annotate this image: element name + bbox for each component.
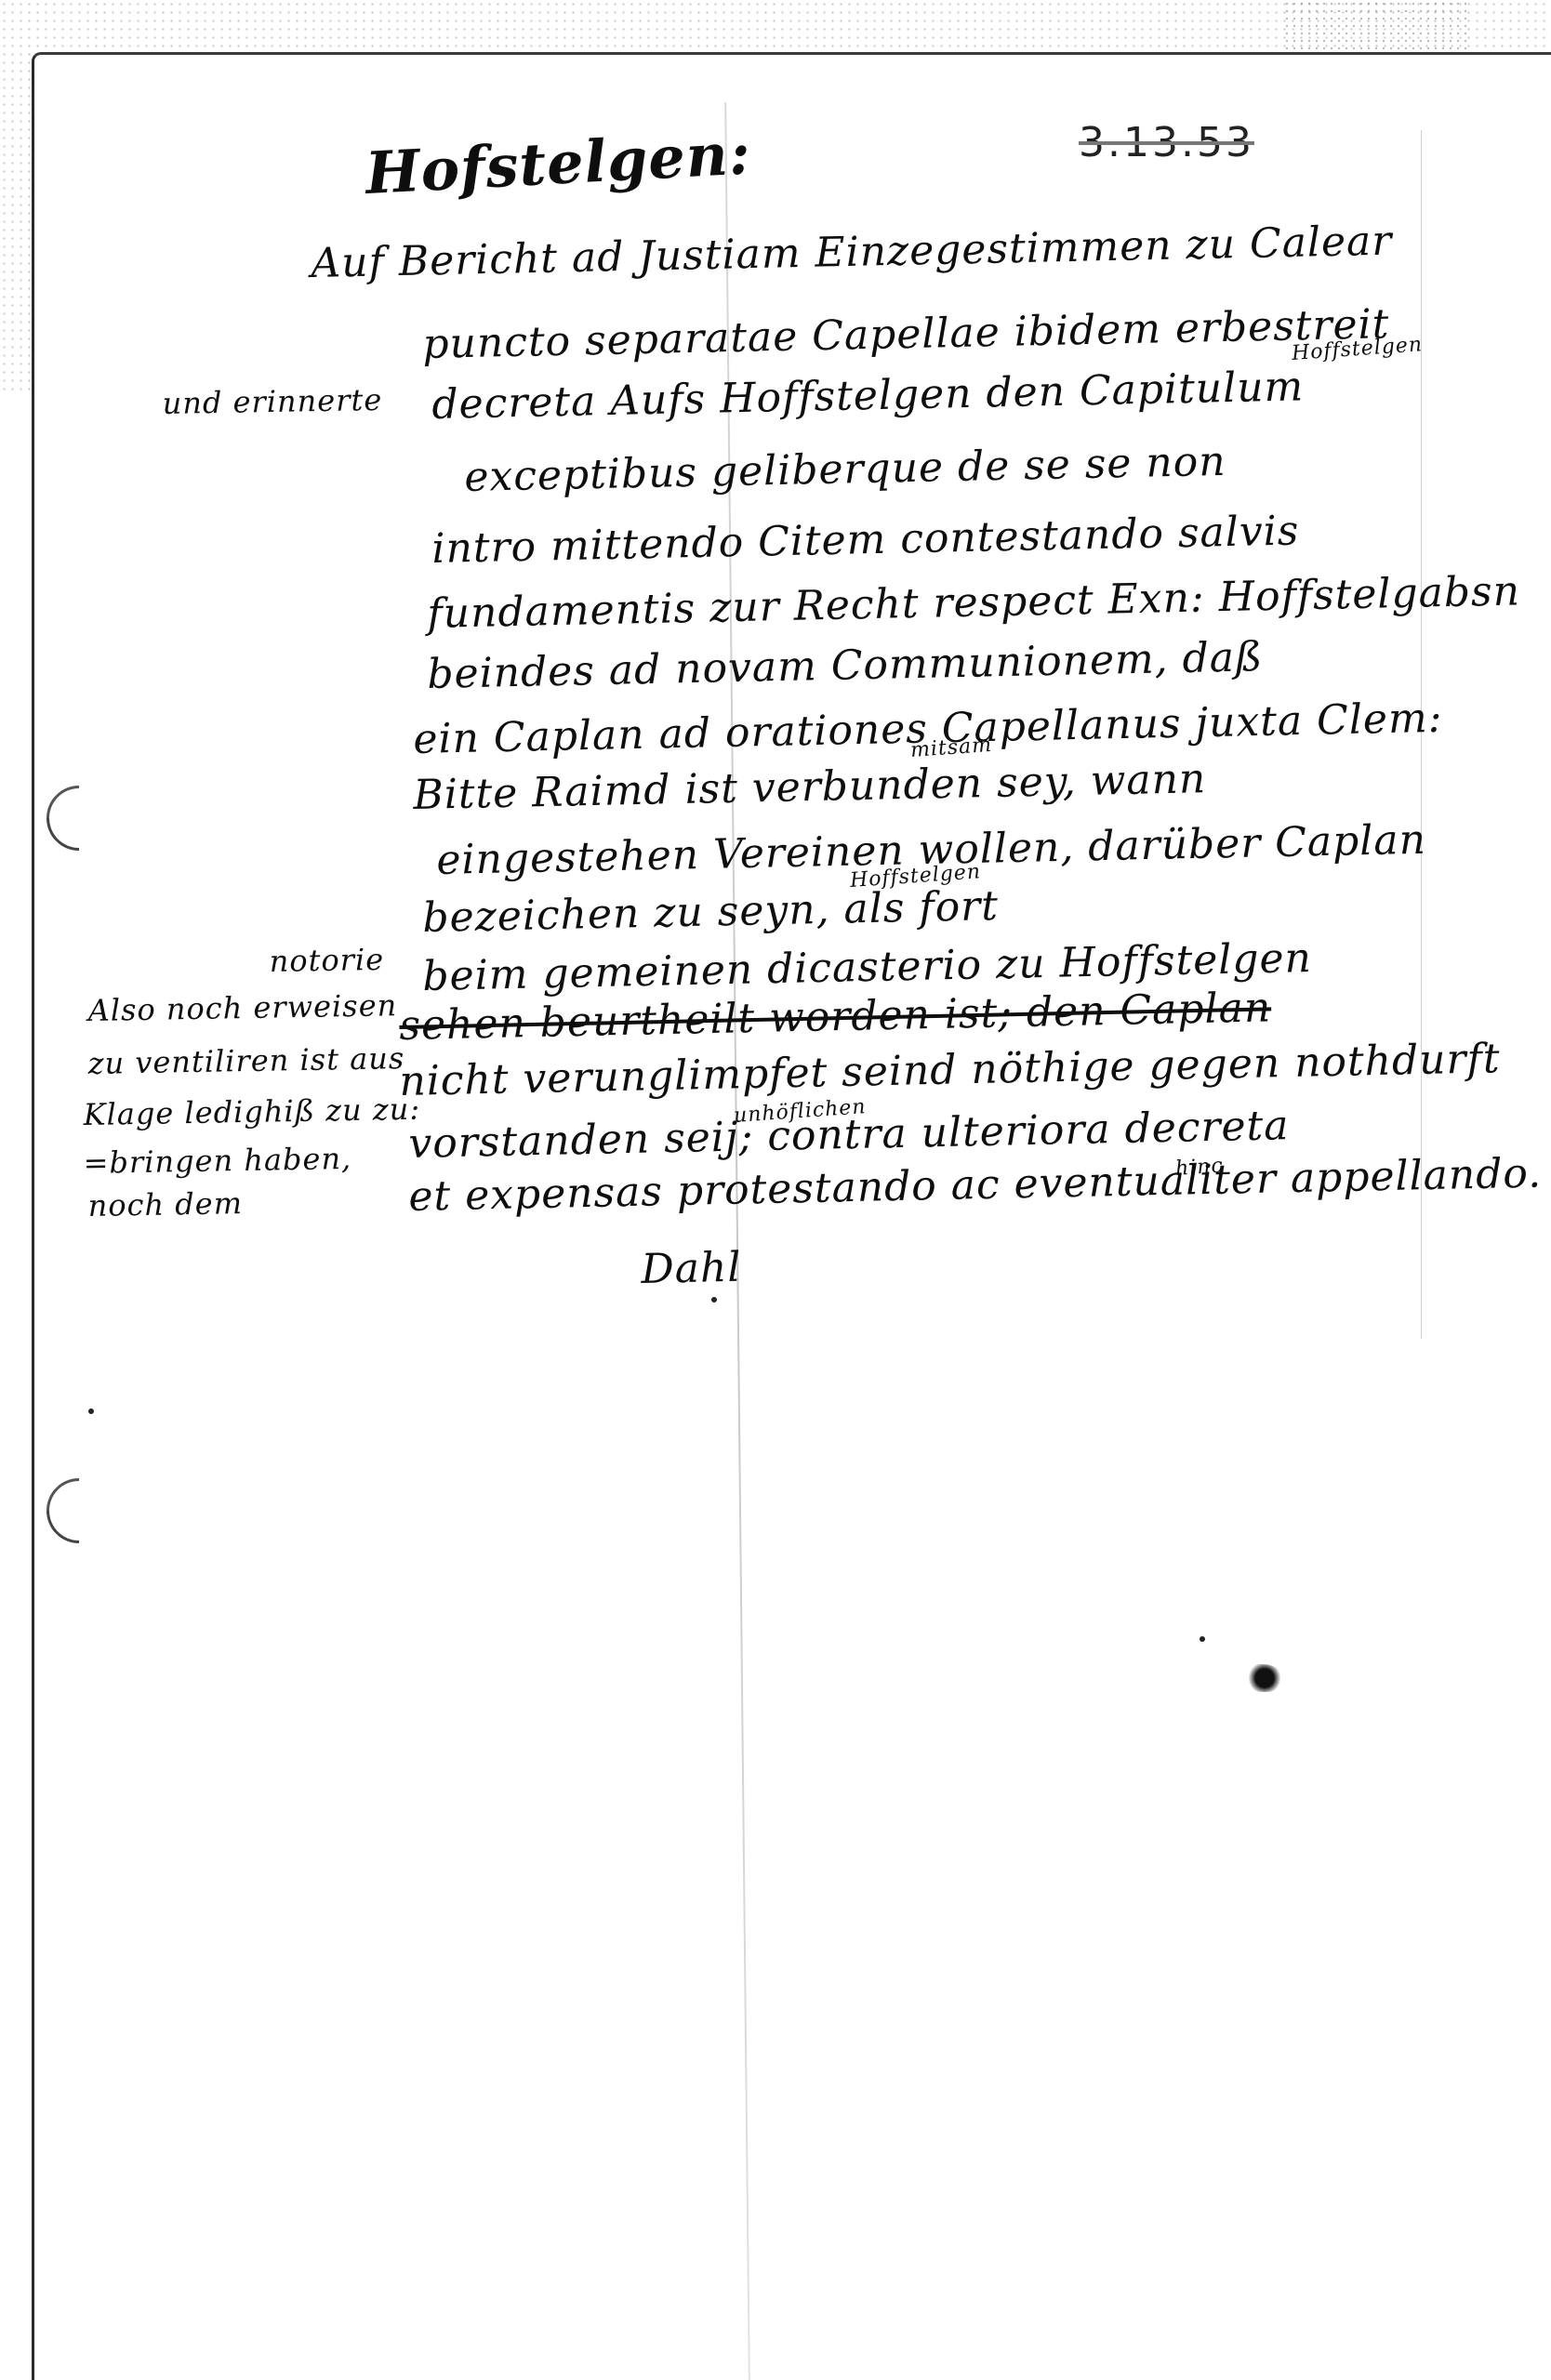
margin-note: notorie: [269, 942, 384, 979]
scan-dot: [88, 1408, 94, 1414]
signature: Dahl: [641, 1244, 742, 1293]
margin-note: zu ventiliren ist aus: [87, 1040, 404, 1081]
ink-stain: [1246, 1664, 1283, 1692]
margin-note: =bringen haben,: [83, 1141, 351, 1181]
margin-note: Also noch erweisen: [87, 987, 397, 1028]
margin-note: noch dem: [87, 1185, 243, 1223]
scan-dot: [1200, 1636, 1205, 1642]
archive-number: 3.13.53: [1079, 119, 1254, 166]
scan-dot: [711, 1297, 717, 1302]
margin-note: Klage ledighiß zu zu:: [83, 1091, 420, 1132]
margin-note: und erinnerte: [162, 382, 382, 421]
